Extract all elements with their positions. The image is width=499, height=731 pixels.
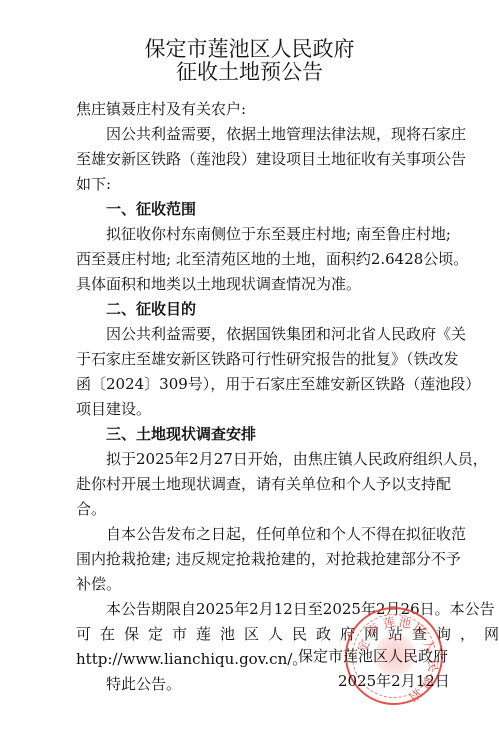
survey-line: 合。 [76,497,454,522]
purpose-line: 函〔2024〕309号），用于石家庄至雄安新区铁路（莲池段） [76,372,454,397]
intro-line: 因公共利益需要，依据土地管理法律法规，现将石家庄 [76,122,454,147]
intro-line: 至雄安新区铁路（莲池段）建设项目土地征收有关事项公告 [76,147,454,172]
intro-line: 如下: [76,172,454,197]
prohibition-line: 围内抢栽抢建; 违反规定抢栽抢建的，对抢栽抢建部分不予 [76,547,454,572]
purpose-line: 于石家庄至雄安新区铁路可行性研究报告的批复》（铁改发 [76,347,454,372]
prohibition-line: 补偿。 [76,572,454,597]
salutation: 焦庄镇聂庄村及有关农户: [76,97,454,122]
purpose-line: 因公共利益需要，依据国铁集团和河北省人民政府《关 [76,322,454,347]
scope-line: 西至聂庄村地; 北至清苑区地的土地，面积约2.6428公顷。 [76,247,454,272]
title-notice: 征收土地预公告 [0,56,499,86]
signature-date: 2025年2月12日 [338,670,450,691]
survey-line: 拟于2025年2月27日开始，由焦庄镇人民政府组织人员， [76,447,454,472]
scope-line: 具体面积和地类以土地现状调查情况为准。 [76,272,454,297]
notice-page: 保定市莲池区人民政府 征收土地预公告 焦庄镇聂庄村及有关农户: 因公共利益需要，… [0,0,499,731]
prohibition-line: 自本公告发布之日起，任何单位和个人不得在拟征收范 [76,522,454,547]
section-heading-scope: 一、征收范围 [76,197,454,222]
survey-line: 赴你村开展土地现状调查，请有关单位和个人予以支持配 [76,472,454,497]
signature-issuer: 保定市莲池区人民政府 [298,645,448,666]
scope-line: 拟征收你村东南侧位于东至聂庄村地; 南至鲁庄村地; [76,222,454,247]
section-heading-purpose: 二、征收目的 [76,297,454,322]
purpose-line: 项目建设。 [76,397,454,422]
section-heading-survey: 三、土地现状调查安排 [76,422,454,447]
